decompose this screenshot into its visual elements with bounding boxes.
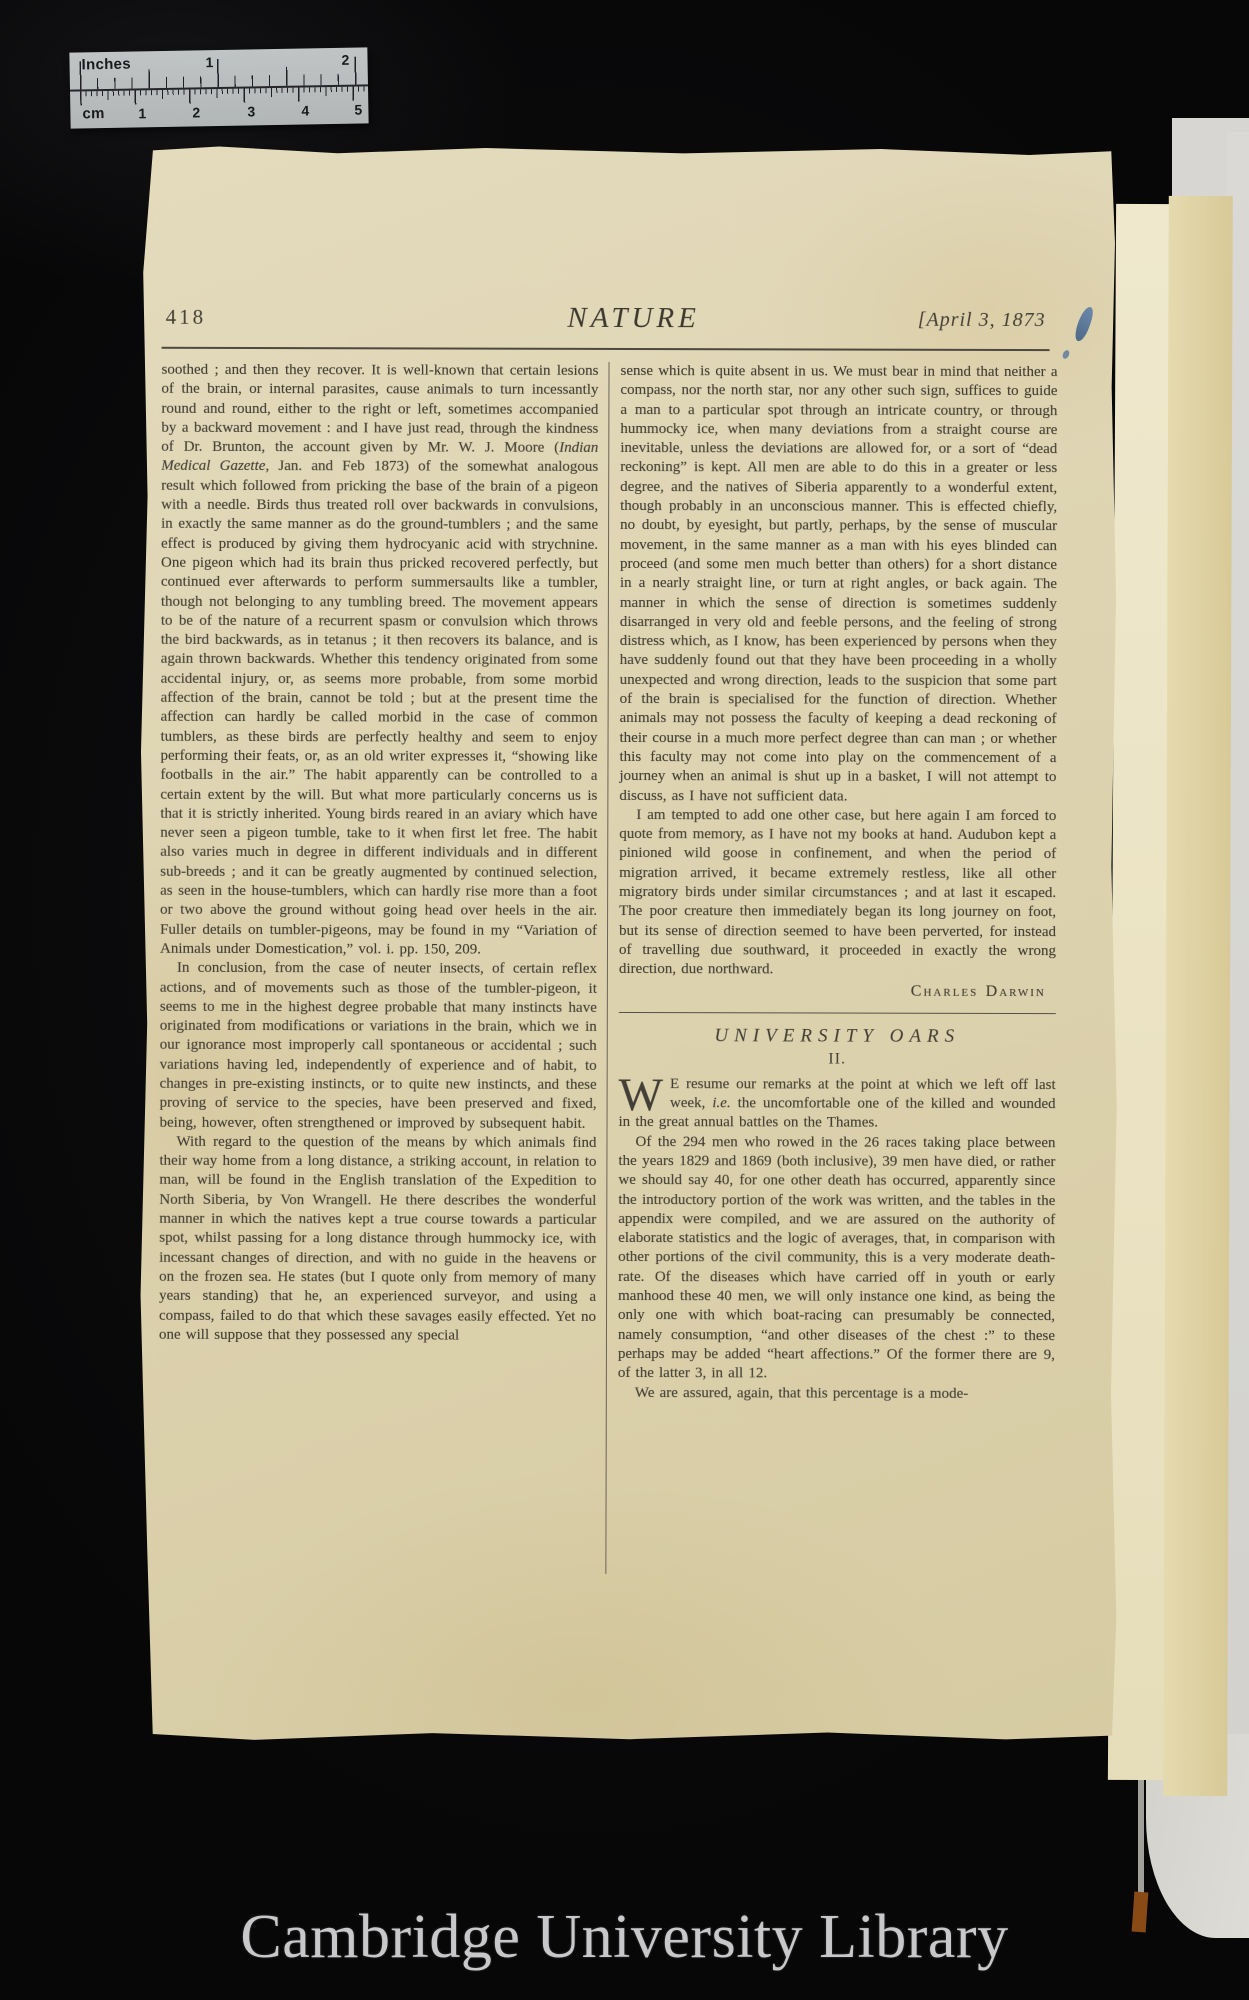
paragraph: sense which is quite absent in us. We mu… [619, 362, 1057, 807]
ruler-cm-number: 1 [138, 105, 146, 121]
page-number: 418 [166, 305, 207, 330]
paragraph: In conclusion, from the case of neuter i… [160, 959, 597, 1134]
ruler-cm-label: cm [82, 105, 105, 122]
article-part-number: II. [619, 1050, 1056, 1069]
article-title: UNIVERSITY OARS [619, 1025, 1056, 1048]
header-rule [162, 347, 1050, 351]
paragraph-text: soothed ; and then they recover. It is w… [161, 362, 598, 456]
measurement-ruler: Inches 1 2 cm 1 2 3 4 5 [69, 47, 368, 128]
paragraph: I am tempted to add one other case, but … [619, 806, 1056, 981]
right-column: sense which is quite absent in us. We mu… [617, 362, 1058, 1719]
ruler-cm-number: 2 [192, 104, 200, 120]
issue-date: [April 3, 1873 [918, 309, 1046, 332]
library-watermark: Cambridge University Library [0, 1902, 1249, 1973]
left-column: soothed ; and then they recover. It is w… [158, 361, 599, 1718]
author-signature: Charles Darwin [619, 980, 1056, 1000]
scanned-journal-page: 418 NATURE [April 3, 1873 soothed ; and … [136, 145, 1128, 1746]
paragraph: With regard to the question of the means… [159, 1133, 597, 1346]
ruler-cm-number: 3 [247, 103, 255, 119]
journal-title: NATURE [567, 302, 700, 335]
two-column-text: soothed ; and then they recover. It is w… [158, 361, 1058, 1719]
paragraph: We are assured, again, that this percent… [618, 1384, 1055, 1404]
page-fold-edge [1163, 196, 1233, 1796]
paragraph-text: , Jan. and Feb 1873) of the somewhat ana… [160, 459, 598, 958]
paragraph: soothed ; and then they recover. It is w… [160, 361, 599, 960]
paragraph: WE resume our remarks at the point at wh… [619, 1075, 1056, 1134]
ruler-cm-number: 5 [354, 102, 362, 118]
italic-abbreviation: i.e. [712, 1095, 730, 1111]
column-divider-rule [605, 362, 609, 1574]
section-divider-rule [619, 1012, 1056, 1014]
drop-cap: W [619, 1078, 663, 1113]
ruler-cm-number: 4 [301, 102, 309, 118]
ruler-inch-ticks [79, 53, 365, 89]
paragraph: Of the 294 men who rowed in the 26 races… [618, 1133, 1056, 1385]
